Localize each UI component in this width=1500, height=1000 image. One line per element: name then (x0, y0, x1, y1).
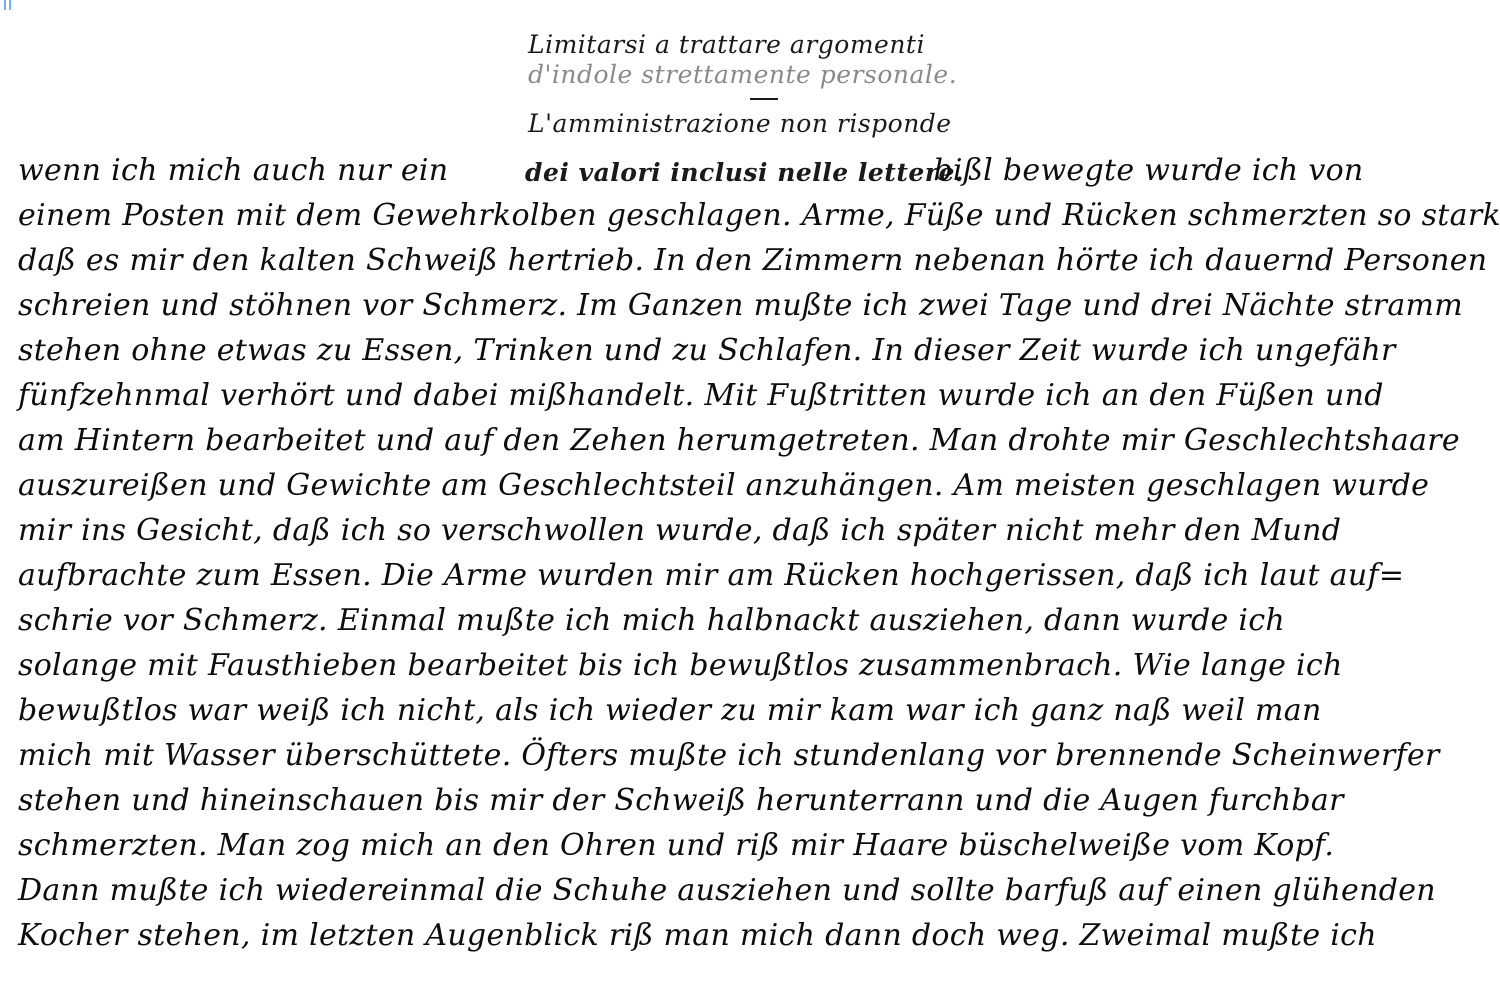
handwritten-line-13: bewußtlos war weiß ich nicht, als ich wi… (18, 688, 1498, 733)
printed-stamp-notice: Limitarsi a trattare argomenti d'indole … (528, 30, 998, 139)
handwritten-line-15: stehen und hineinschauen bis mir der Sch… (18, 778, 1498, 823)
stamp-line-1: Limitarsi a trattare argomenti (528, 30, 998, 60)
scan-edge-mark (4, 0, 11, 10)
handwritten-line-4: schreien und stöhnen vor Schmerz. Im Gan… (18, 283, 1498, 328)
handwritten-line-6: fünfzehnmal verhört und dabei mißhandelt… (18, 373, 1498, 418)
handwritten-line-17: Dann mußte ich wiedereinmal die Schuhe a… (18, 868, 1498, 913)
handwritten-line-8: auszureißen und Gewichte am Geschlechtst… (18, 463, 1498, 508)
handwritten-text: wenn ich mich auch nur einbißl bewegte w… (18, 148, 1498, 958)
handwritten-line-14: mich mit Wasser überschüttete. Öfters mu… (18, 733, 1498, 778)
handwritten-line-10: aufbrachte zum Essen. Die Arme wurden mi… (18, 553, 1498, 598)
handwritten-line-12: solange mit Fausthieben bearbeitet bis i… (18, 643, 1498, 688)
stamp-line-2: d'indole strettamente personale. (528, 60, 998, 90)
handwritten-line-7: am Hintern bearbeitet und auf den Zehen … (18, 418, 1498, 463)
handwritten-line-11: schrie vor Schmerz. Einmal mußte ich mic… (18, 598, 1498, 643)
handwritten-line-1b: bißl bewegte wurde ich von (933, 153, 1363, 188)
stamp-line-3: L'amministrazione non risponde (528, 109, 998, 139)
handwritten-line-2: einem Posten mit dem Gewehrkolben geschl… (18, 193, 1498, 238)
handwritten-line-9: mir ins Gesicht, daß ich so verschwollen… (18, 508, 1498, 553)
handwritten-line-16: schmerzten. Man zog mich an den Ohren un… (18, 823, 1498, 868)
handwritten-line-3: daß es mir den kalten Schweiß hertrieb. … (18, 238, 1498, 283)
stamp-divider (750, 98, 778, 100)
handwritten-line-1: wenn ich mich auch nur einbißl bewegte w… (18, 148, 1498, 193)
handwritten-line-1a: wenn ich mich auch nur ein (18, 153, 448, 188)
handwritten-line-5: stehen ohne etwas zu Essen, Trinken und … (18, 328, 1498, 373)
handwritten-line-18: Kocher stehen, im letzten Augenblick riß… (18, 913, 1498, 958)
